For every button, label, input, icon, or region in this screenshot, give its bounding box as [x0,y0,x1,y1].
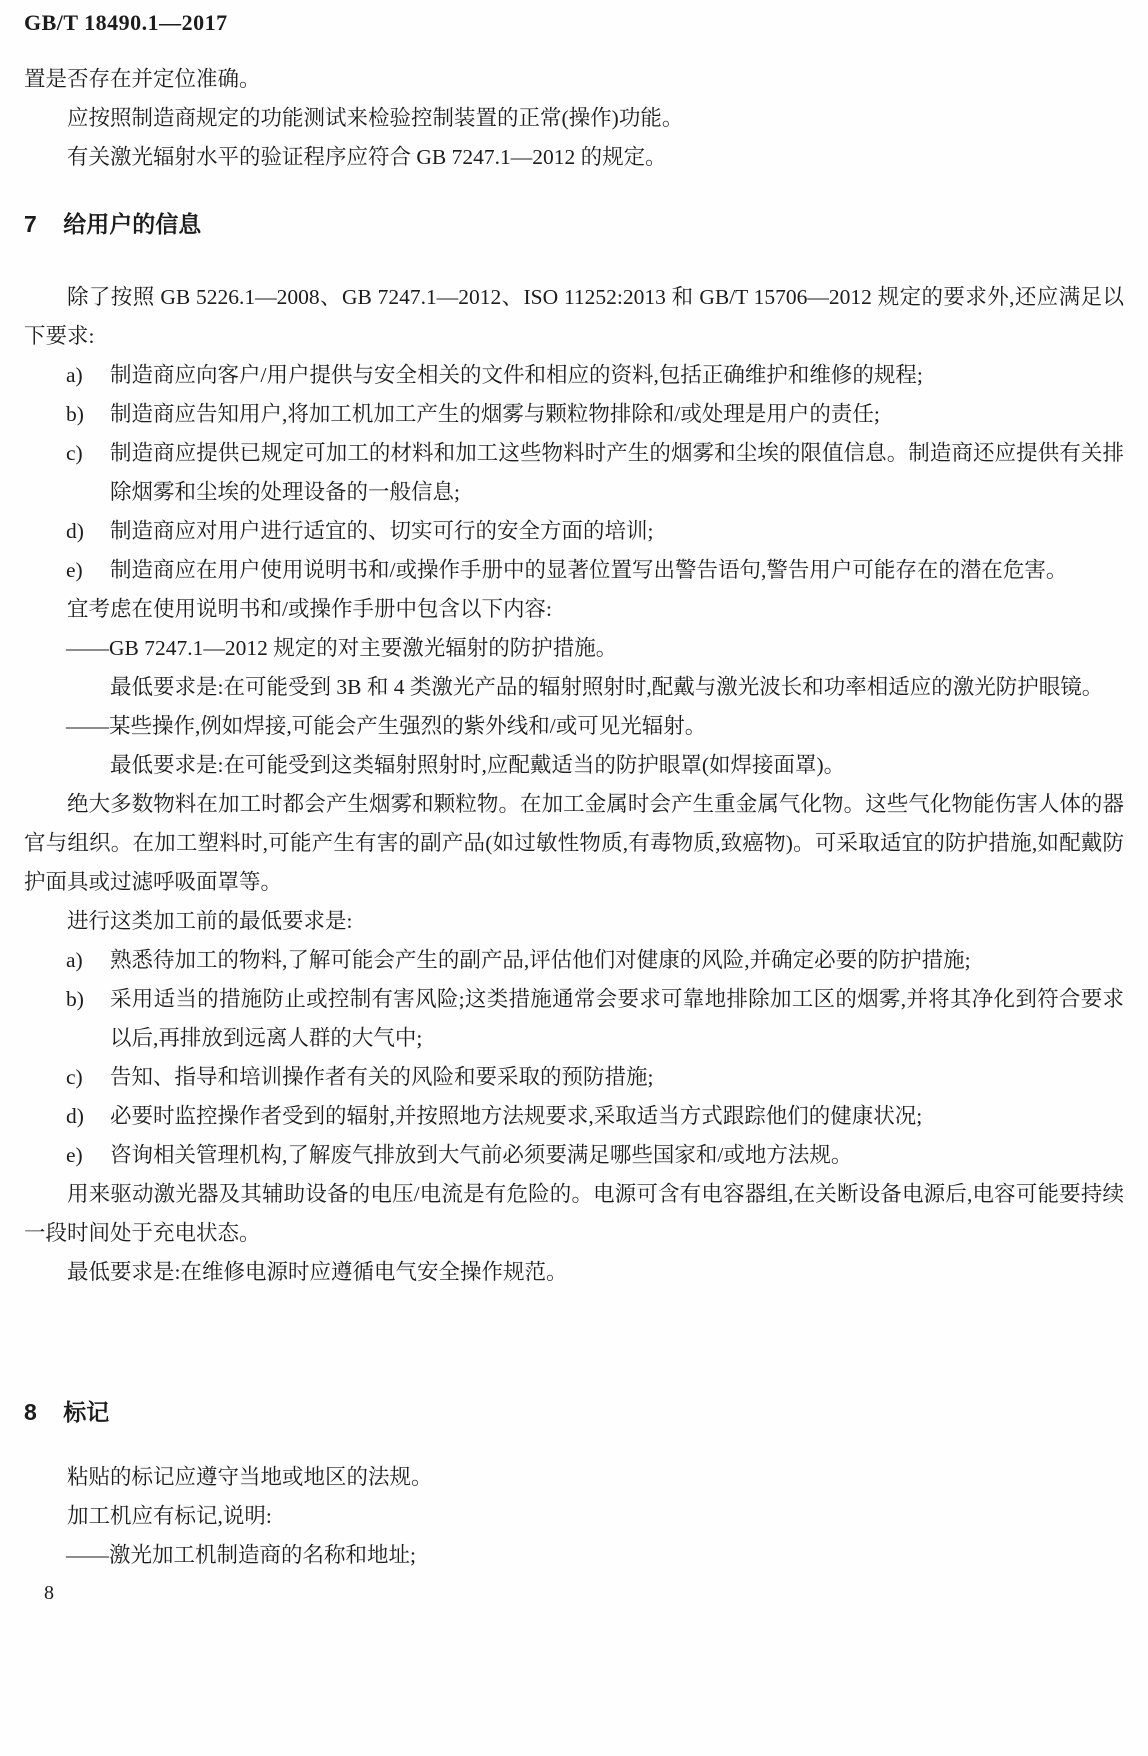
list-item-text: 熟悉待加工的物料,了解可能会产生的副产品,评估他们对健康的风险,并确定必要的防护… [110,948,971,972]
list-item: b) 制造商应告知用户,将加工机加工产生的烟雾与颗粒物排除和/或处理是用户的责任… [24,395,1124,434]
list-item: a) 制造商应向客户/用户提供与安全相关的文件和相应的资料,包括正确维护和维修的… [24,356,1124,395]
heading-title: 给用户的信息 [63,207,201,241]
paragraph: 最低要求是:在维修电源时应遵循电气安全操作规范。 [24,1253,1124,1292]
list-item-label: e) [66,1136,83,1175]
list-item: b) 采用适当的措施防止或控制有害风险;这类措施通常会要求可靠地排除加工区的烟雾… [24,980,1124,1058]
list-item-label: c) [66,434,83,473]
list-item-text: 制造商应在用户使用说明书和/或操作手册中的显著位置写出警告语句,警告用户可能存在… [110,558,1067,582]
dash-item: ——GB 7247.1—2012 规定的对主要激光辐射的防护措施。 [66,629,1124,668]
sub-item: 最低要求是:在可能受到这类辐射照射时,应配戴适当的防护眼罩(如焊接面罩)。 [110,746,1124,785]
document-page: GB/T 18490.1—2017 置是否存在并定位准确。 应按照制造商规定的功… [0,0,1148,1756]
heading-title: 标记 [63,1395,109,1429]
list-item-label: e) [66,551,83,590]
list-item-text: 制造商应向客户/用户提供与安全相关的文件和相应的资料,包括正确维护和维修的规程; [110,363,923,387]
list-item-text: 必要时监控操作者受到的辐射,并按照地方法规要求,采取适当方式跟踪他们的健康状况; [110,1104,922,1128]
list-item-label: a) [66,941,83,980]
list-item: c) 告知、指导和培训操作者有关的风险和要采取的预防措施; [24,1058,1124,1097]
list-item: d) 必要时监控操作者受到的辐射,并按照地方法规要求,采取适当方式跟踪他们的健康… [24,1097,1124,1136]
paragraph: 加工机应有标记,说明: [24,1497,1124,1536]
list-item: d) 制造商应对用户进行适宜的、切实可行的安全方面的培训; [24,512,1124,551]
heading-number: 8 [24,1395,37,1429]
list-item-text: 咨询相关管理机构,了解废气排放到大气前必须要满足哪些国家和/或地方法规。 [110,1143,852,1167]
list-item-label: b) [66,395,84,434]
section-8-heading: 8 标记 [24,1395,1124,1429]
list-item-label: a) [66,356,83,395]
dash-item: ——某些操作,例如焊接,可能会产生强烈的紫外线和/或可见光辐射。 [66,707,1124,746]
running-header: GB/T 18490.1—2017 [24,8,1124,38]
list-item-text: 告知、指导和培训操作者有关的风险和要采取的预防措施; [110,1065,653,1089]
paragraph: 除了按照 GB 5226.1—2008、GB 7247.1—2012、ISO 1… [24,278,1124,356]
paragraph: 有关激光辐射水平的验证程序应符合 GB 7247.1—2012 的规定。 [24,138,1124,177]
dash-item: ——激光加工机制造商的名称和地址; [66,1536,1124,1575]
list-item: e) 咨询相关管理机构,了解废气排放到大气前必须要满足哪些国家和/或地方法规。 [24,1136,1124,1175]
list-item-text: 制造商应告知用户,将加工机加工产生的烟雾与颗粒物排除和/或处理是用户的责任; [110,402,880,426]
paragraph: 绝大多数物料在加工时都会产生烟雾和颗粒物。在加工金属时会产生重金属气化物。这些气… [24,785,1124,902]
section-7-heading: 7 给用户的信息 [24,207,1124,241]
list-item: a) 熟悉待加工的物料,了解可能会产生的副产品,评估他们对健康的风险,并确定必要… [24,941,1124,980]
sub-item: 最低要求是:在可能受到 3B 和 4 类激光产品的辐射照射时,配戴与激光波长和功… [110,668,1124,707]
list-item-label: b) [66,980,84,1019]
list-item-label: c) [66,1058,83,1097]
paragraph: 置是否存在并定位准确。 [24,60,1124,99]
paragraph: 用来驱动激光器及其辅助设备的电压/电流是有危险的。电源可含有电容器组,在关断设备… [24,1175,1124,1253]
paragraph: 粘贴的标记应遵守当地或地区的法规。 [24,1458,1124,1497]
list-item-text: 制造商应提供已规定可加工的材料和加工这些物料时产生的烟雾和尘埃的限值信息。制造商… [110,441,1124,504]
list-item: c) 制造商应提供已规定可加工的材料和加工这些物料时产生的烟雾和尘埃的限值信息。… [24,434,1124,512]
list-item-label: d) [66,1097,84,1136]
paragraph: 进行这类加工前的最低要求是: [24,902,1124,941]
list-item-text: 制造商应对用户进行适宜的、切实可行的安全方面的培训; [110,519,653,543]
paragraph: 宜考虑在使用说明书和/或操作手册中包含以下内容: [24,590,1124,629]
list-item-label: d) [66,512,84,551]
list-item: e) 制造商应在用户使用说明书和/或操作手册中的显著位置写出警告语句,警告用户可… [24,551,1124,590]
page-number: 8 [44,1580,1124,1606]
paragraph: 应按照制造商规定的功能测试来检验控制装置的正常(操作)功能。 [24,99,1124,138]
heading-number: 7 [24,207,37,241]
list-item-text: 采用适当的措施防止或控制有害风险;这类措施通常会要求可靠地排除加工区的烟雾,并将… [110,987,1124,1050]
